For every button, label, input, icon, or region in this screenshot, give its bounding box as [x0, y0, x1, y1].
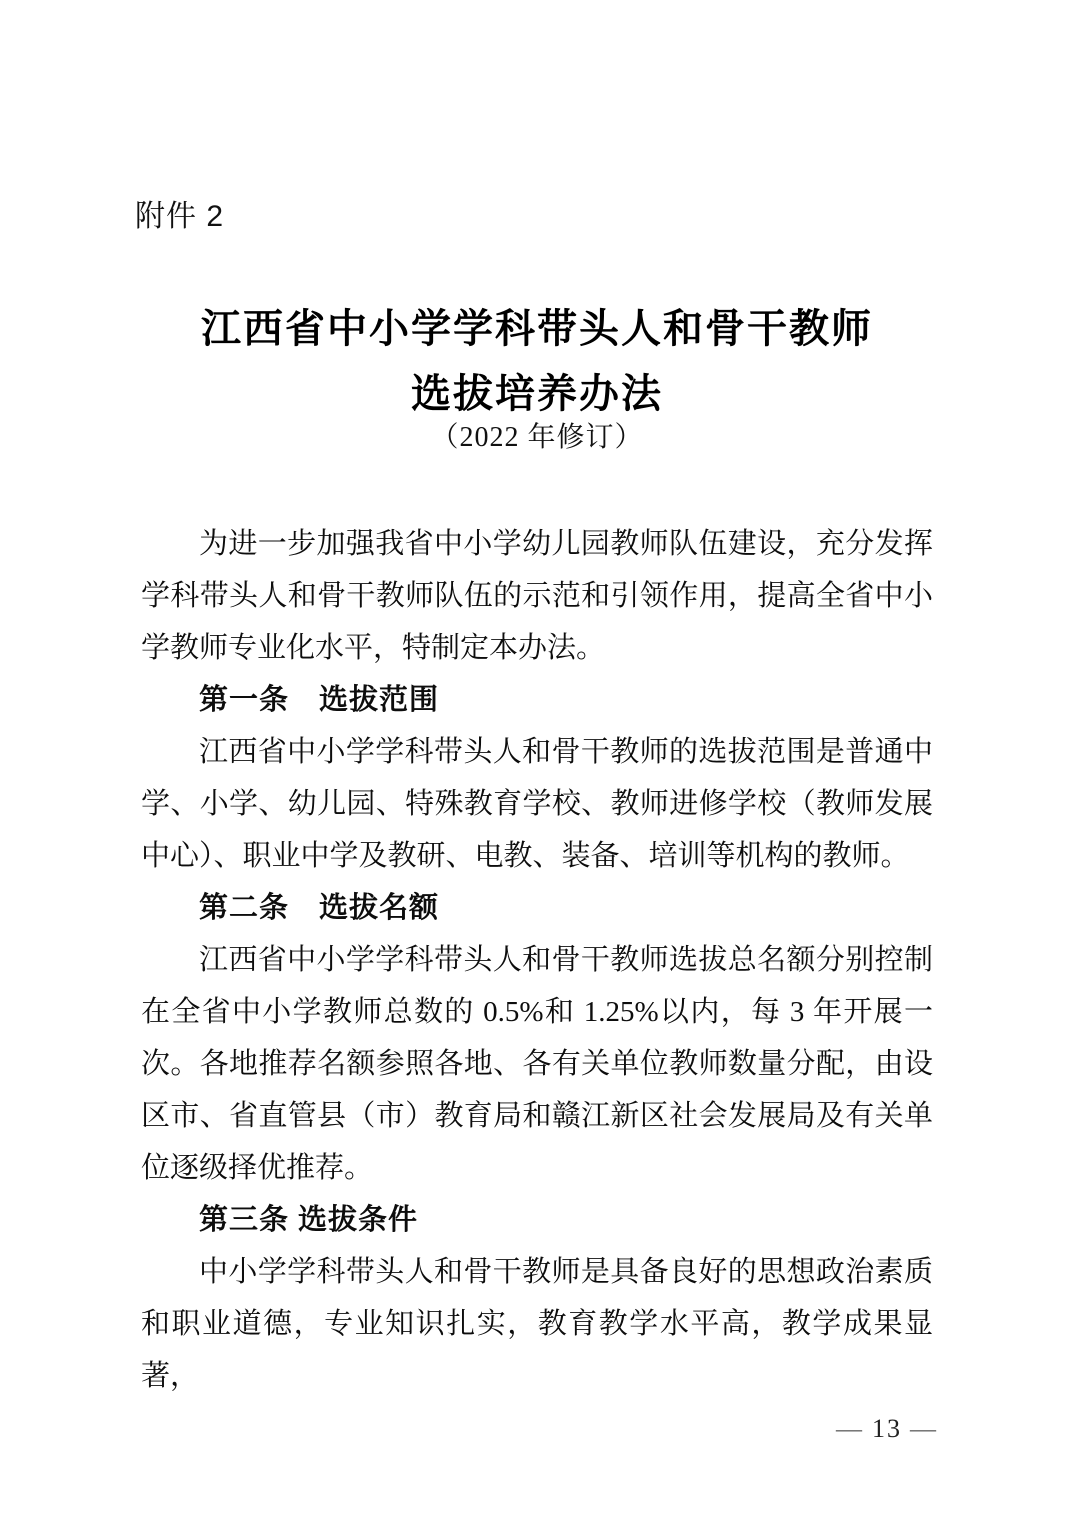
document-body: 为进一步加强我省中小学幼儿园教师队伍建设，充分发挥学科带头人和骨干教师队伍的示范…	[141, 518, 933, 1402]
document-title: 江西省中小学学科带头人和骨干教师 选拔培养办法	[0, 296, 1074, 426]
article-3-heading: 第三条 选拔条件	[141, 1194, 933, 1246]
title-line-2: 选拔培养办法	[0, 361, 1074, 426]
footer-dash-right: —	[902, 1414, 946, 1443]
page-footer: —13—	[828, 1414, 946, 1444]
footer-dash-left: —	[828, 1414, 872, 1443]
article-3-paragraph: 中小学学科带头人和骨干教师是具备良好的思想政治素质和职业道德，专业知识扎实，教育…	[141, 1246, 933, 1402]
page-number: 13	[872, 1414, 902, 1443]
article-1-paragraph: 江西省中小学学科带头人和骨干教师的选拔范围是普通中学、小学、幼儿园、特殊教育学校…	[141, 726, 933, 882]
article-1-heading: 第一条 选拔范围	[141, 674, 933, 726]
document-page: 附件 2 江西省中小学学科带头人和骨干教师 选拔培养办法 （2022 年修订） …	[0, 0, 1074, 1520]
article-2-paragraph: 江西省中小学学科带头人和骨干教师选拔总名额分别控制在全省中小学教师总数的 0.5…	[141, 934, 933, 1194]
article-2-heading: 第二条 选拔名额	[141, 882, 933, 934]
intro-paragraph: 为进一步加强我省中小学幼儿园教师队伍建设，充分发挥学科带头人和骨干教师队伍的示范…	[141, 518, 933, 674]
edition-note: （2022 年修订）	[0, 420, 1074, 456]
title-line-1: 江西省中小学学科带头人和骨干教师	[0, 296, 1074, 361]
attachment-label: 附件 2	[135, 198, 224, 236]
